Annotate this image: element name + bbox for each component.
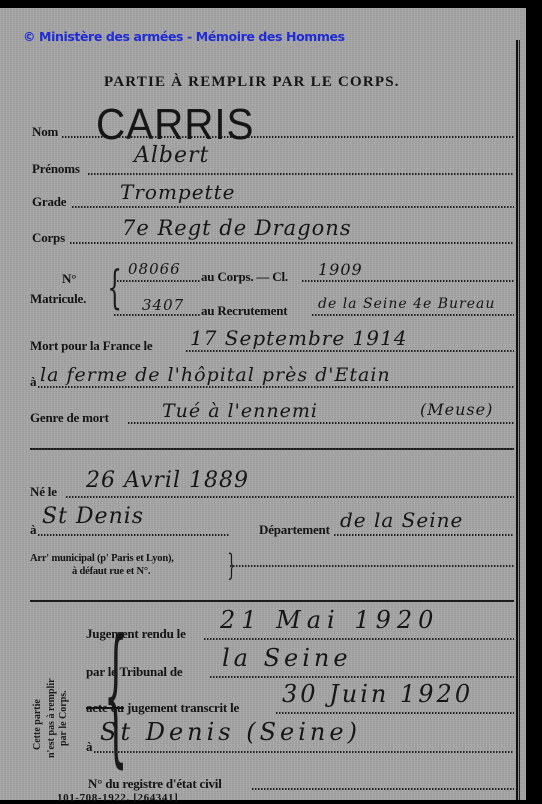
value-date-deces: 17 Septembre 1914 [190, 326, 407, 350]
matricule-brace: { [107, 260, 122, 314]
label-mort-pour-la-france: Mort pour la France le [30, 338, 152, 354]
value-corps: 7e Regt de Dragons [122, 216, 352, 240]
dotted-line-departement [334, 534, 514, 536]
value-prenoms: Albert [134, 143, 209, 168]
dotted-line-registre [252, 788, 514, 790]
value-grade: Trompette [120, 180, 235, 204]
dotted-line-recrutement [312, 314, 514, 316]
value-jugement-date: 21 Mai 1920 [220, 606, 439, 634]
dotted-line-prenoms [88, 173, 514, 175]
dotted-line-transcription-lieu [94, 751, 514, 753]
value-genre-de-mort-note: (Meuse) [420, 400, 493, 419]
label-au-recrutement: au Recrutement [201, 303, 287, 319]
dotted-line-classe [302, 280, 514, 282]
dotted-line-tribunal [210, 676, 514, 678]
label-nom: Nom [32, 124, 58, 140]
label-prenoms: Prénoms [32, 161, 80, 177]
military-death-record-card: © Ministère des armées - Mémoire des Hom… [0, 8, 526, 800]
label-transcription-lieu-prefix: à [86, 739, 92, 755]
label-acte-ou-struck: acte ou [86, 700, 124, 715]
dotted-line-jugement-date [204, 638, 514, 640]
card-frame-right [516, 40, 520, 800]
dotted-line-genre-de-mort [128, 422, 514, 424]
side-note-line1: Cette partie [32, 699, 43, 750]
label-registre: N° du registre d'état civil [88, 776, 222, 792]
section-divider-1 [30, 448, 514, 450]
value-matricule-corps: 08066 [128, 260, 181, 278]
label-genre-de-mort: Genre de mort [30, 410, 109, 426]
label-ne-le: Né le [30, 484, 57, 500]
side-note-line2: n'est pas à remplir [46, 678, 57, 758]
value-lieu-naissance: St Denis [42, 504, 144, 529]
label-grade: Grade [32, 194, 66, 210]
label-jugement-rendu: Jugement rendu le [86, 626, 186, 642]
side-note-not-for-corps: Cette partie n'est pas à remplir par le … [24, 638, 84, 758]
label-lieu-naissance-prefix: à [30, 522, 36, 538]
side-note-brace: { [104, 620, 128, 770]
transcription-line: acte ou jugement transcrit le [86, 700, 239, 716]
dotted-line-lieu-naissance [38, 534, 230, 536]
value-recrutement: de la Seine 4e Bureau [318, 296, 495, 312]
dotted-line-matricule-corps [114, 280, 200, 282]
value-transcription-lieu: St Denis (Seine) [100, 718, 361, 746]
label-corps: Corps [32, 230, 65, 246]
value-tribunal: la Seine [222, 644, 352, 672]
value-transcription-date: 30 Juin 1920 [282, 680, 473, 708]
dotted-line-transcription-date [276, 712, 514, 714]
label-numero: N° [62, 271, 76, 287]
label-arr-municipal-line1: Arr' municipal (p' Paris et Lyon), [30, 553, 174, 564]
value-matricule-recrutement: 3407 [142, 296, 184, 314]
side-note-line3: par le Corps. [58, 690, 69, 746]
dotted-line-matricule-recrutement [114, 314, 200, 316]
value-date-naissance: 26 Avril 1889 [86, 468, 249, 493]
dotted-line-lieu-deces [38, 386, 514, 388]
label-arr-municipal-line2: à défaut rue et N°. [72, 566, 150, 577]
value-departement: de la Seine [340, 508, 463, 532]
label-matricule: Matricule. [30, 291, 86, 307]
label-au-corps-classe: au Corps. — Cl. [201, 269, 288, 285]
dotted-line-corps [70, 242, 514, 244]
value-lieu-deces: la ferme de l'hôpital près d'Etain [40, 364, 391, 386]
label-par-tribunal: par le Tribunal de [86, 664, 182, 680]
form-heading: PARTIE À REMPLIR PAR LE CORPS. [104, 74, 400, 91]
value-classe: 1909 [318, 260, 363, 279]
dotted-line-date-deces [186, 350, 514, 352]
label-departement: Département [259, 522, 330, 538]
copyright-watermark: © Ministère des armées - Mémoire des Hom… [23, 29, 345, 44]
dotted-line-arr-municipal [230, 565, 514, 567]
section-divider-2 [30, 600, 514, 602]
label-lieu-deces-prefix: à [30, 374, 36, 390]
dotted-line-date-naissance [66, 496, 514, 498]
dotted-line-grade [72, 206, 514, 208]
form-reference-code: 101-708-1922. [264341] [57, 792, 178, 800]
value-genre-de-mort: Tué à l'ennemi [162, 400, 318, 422]
label-jugement-transcrit: jugement transcrit le [127, 700, 239, 715]
scan-border-right [526, 0, 542, 800]
